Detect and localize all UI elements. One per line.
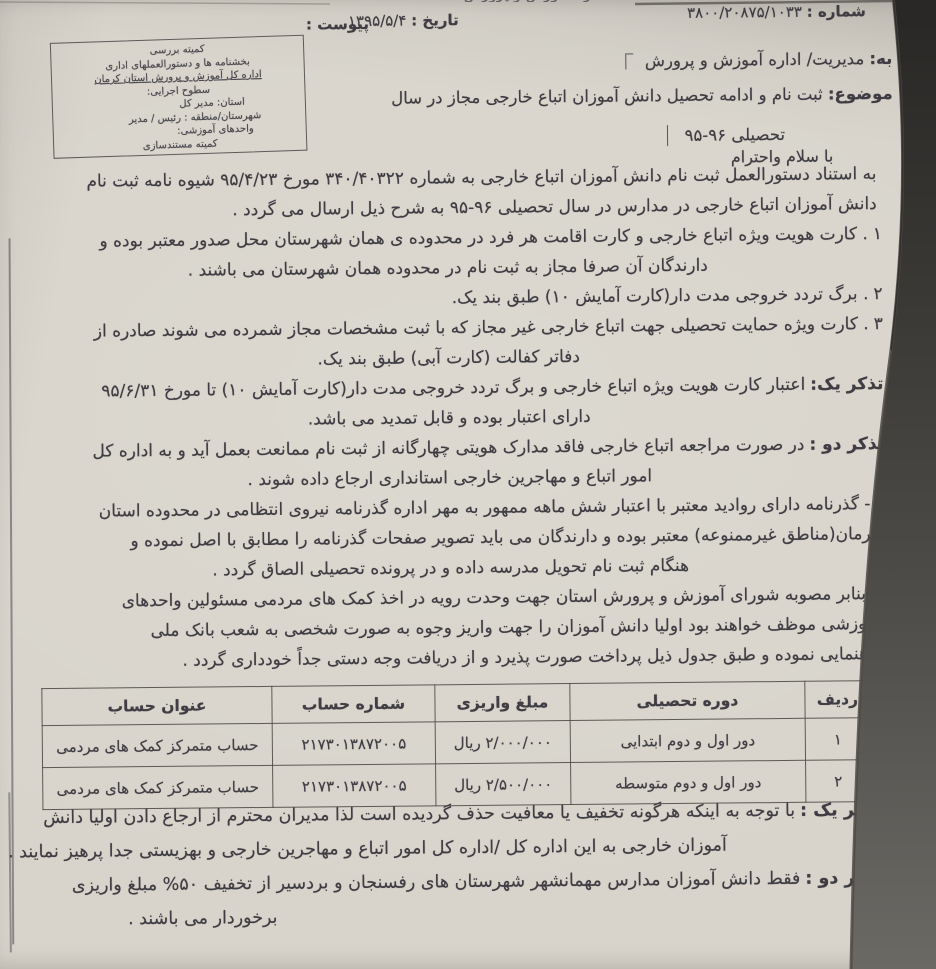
letter-body: به استناد دستورالعمل ثبت نام دانش آموزان… [17,159,886,677]
photo-background: اداره آموزش و پرورش شماره : ۳۸۰۰/۲۰۸۷۵/۱… [0,0,936,969]
footer-line: برخوردار می باشند . [20,895,882,937]
number-value: ۳۸۰۰/۲۰۸۷۵/۱۰۳۳ [687,3,802,22]
col-account-title: عنوان حساب [42,686,272,725]
footer-notes: تذکر یک :با توجه به اینکه هرگونه تخفیف ی… [19,793,882,937]
col-row-number: ردیف [805,681,870,719]
correction-mark [667,125,671,146]
subject-text: ثبت نام و ادامه تحصیل دانش آموزان اتباع … [391,85,823,108]
col-account-number: شماره حساب [272,685,435,724]
to-text: مدیریت/ اداره آموزش و پرورش [645,49,865,70]
subject-label: موضوع: [828,84,893,104]
cell-deposit-amount: ۲/۰۰۰/۰۰۰ ریال [435,721,570,764]
col-educational-period: دوره تحصیلی [570,681,805,720]
cell-account-number: ۲۱۷۳۰۱۳۸۷۲۰۰۵ [272,722,435,766]
date-label: تاریخ : [411,11,459,29]
attachment-label: پیوست : [306,15,369,34]
cell-educational-period: دور اول و دوم ابتدایی [570,718,805,762]
cell-row-number: ۱ [805,718,870,761]
number-label: شماره : [807,2,866,21]
to-line: به: مدیریت/ اداره آموزش و پرورش [625,48,892,71]
correction-mark [625,53,633,69]
subject-line-1: موضوع: ثبت نام و ادامه تحصیل دانش آموزان… [391,84,893,108]
col-deposit-amount: مبلغ واریزی [435,684,570,722]
meta-number: شماره : ۳۸۰۰/۲۰۸۷۵/۱۰۳۳ [687,2,866,22]
registration-stamp: کمیته بررسی بخشنامه ها و دستورالعملهای ا… [50,35,308,159]
meta-attachment: پیوست : [306,15,369,34]
to-label: به: [869,49,892,68]
letter-content: شماره : ۳۸۰۰/۲۰۸۷۵/۱۰۳۳ تاریخ : ۱۳۹۵/۵/۴… [0,0,936,969]
subject-text-2: تحصیلی ۹۶-۹۵ [685,125,786,145]
fees-table: ردیف دوره تحصیلی مبلغ واریزی شماره حساب … [41,680,871,810]
cell-account-title: حساب متمرکز کمک های مردمی [42,723,272,767]
subject-line-2: تحصیلی ۹۶-۹۵ [667,119,785,145]
document-paper: اداره آموزش و پرورش شماره : ۳۸۰۰/۲۰۸۷۵/۱… [0,0,936,969]
